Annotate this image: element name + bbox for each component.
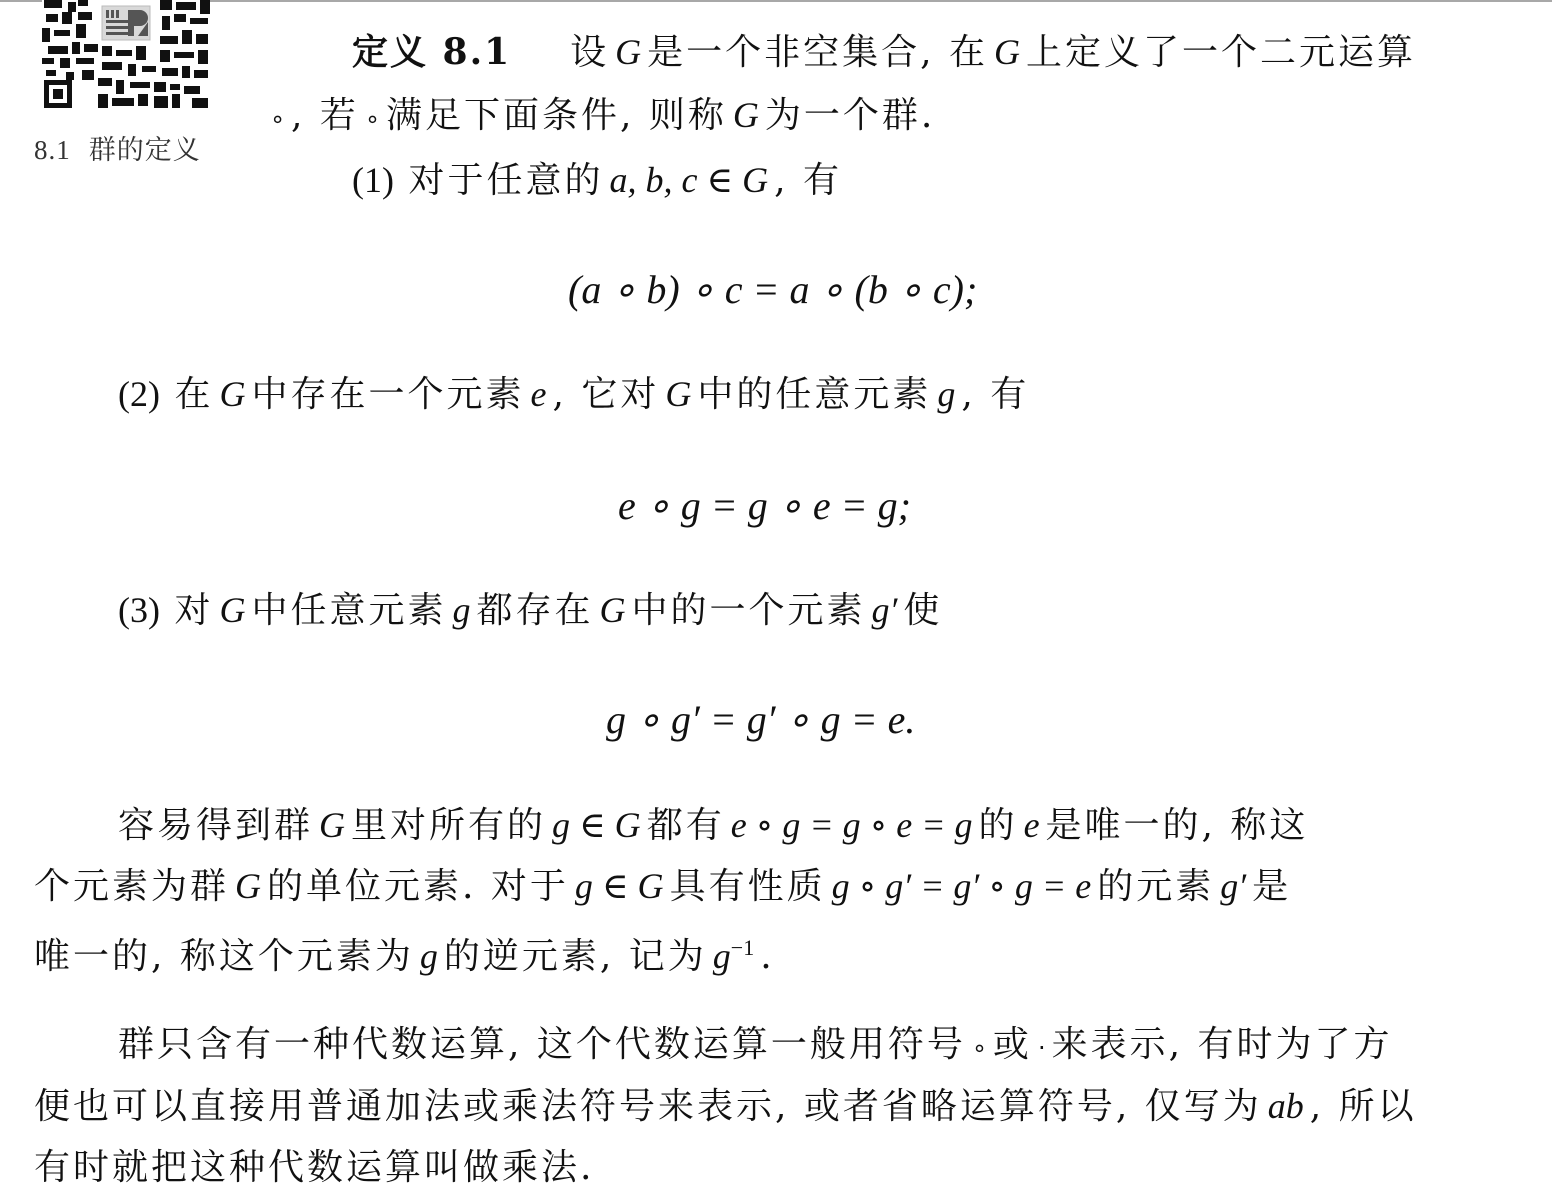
math-ab: ab — [1262, 1086, 1310, 1126]
math-g: g — [931, 374, 961, 414]
math-base: g — [713, 936, 731, 976]
text: 个元素为群 — [34, 866, 229, 907]
section-number: 8.1 — [34, 135, 71, 165]
math-G: G — [727, 95, 765, 135]
text: 的元素 — [1097, 866, 1214, 907]
text: 都有 — [647, 805, 725, 846]
paragraph-2-line-3: 有时就把这种代数运算叫做乘法. — [34, 1148, 594, 1188]
math-g-prime: g′ — [1214, 866, 1252, 906]
equation-associativity: (a ∘ b) ∘ c = a ∘ (b ∘ c); — [568, 268, 977, 312]
text: 是 — [1252, 866, 1291, 907]
page-top-rule — [0, 0, 1552, 2]
math-G: G — [609, 32, 647, 72]
text: 使 — [903, 590, 942, 631]
text: 或 — [993, 1024, 1032, 1065]
text: 都存在 — [476, 590, 593, 631]
paragraph-2-line-2: 便也可以直接用普通加法或乘法符号来表示, 或者省略运算符号, 仅写为ab, 所以 — [34, 1086, 1417, 1127]
text: 是一个非空集合, 在 — [647, 32, 988, 73]
math-g-in-G: g ∈ G — [546, 805, 647, 845]
math-exponent: −1 — [731, 935, 754, 960]
text: 中存在一个元素 — [251, 374, 524, 415]
text: 唯一的, 称这个元素为 — [34, 936, 414, 977]
text: 便也可以直接用普通加法或乘法符号来表示, 或者省略运算符号, 仅写为 — [34, 1086, 1262, 1127]
condition-label: (1) — [352, 160, 394, 200]
text: 在 — [174, 374, 213, 415]
text: 中任意元素 — [251, 590, 446, 631]
math-g-in-G: g ∈ G — [569, 866, 670, 906]
paragraph-1-line-3: 唯一的, 称这个元素为g的逆元素, 记为g−1. — [34, 928, 775, 977]
circ-operator: ∘ — [264, 105, 291, 133]
math-G: G — [313, 805, 351, 845]
text: 是唯一的, 称这 — [1046, 805, 1309, 846]
text: , 它对 — [552, 374, 659, 415]
math-vars: a, b, c ∈ G — [603, 160, 774, 200]
text: 上定义了一个二元运算 — [1026, 32, 1416, 73]
condition-label: (3) — [118, 590, 160, 630]
text: 中的任意元素 — [697, 374, 931, 415]
math-G: G — [659, 374, 697, 414]
text: 的逆元素, 记为 — [444, 936, 707, 977]
math-e: e — [1018, 805, 1046, 845]
definition-label: 定义 8.1 — [352, 31, 511, 73]
text: 对 — [174, 590, 213, 631]
text: 的 — [979, 805, 1018, 846]
section-title: 群的定义 — [89, 135, 201, 166]
math-G: G — [593, 590, 631, 630]
text: 满足下面条件, 则称 — [386, 95, 727, 136]
paragraph-1-line-2: 个元素为群G的单位元素. 对于g ∈ G具有性质g ∘ g′ = g′ ∘ g … — [34, 866, 1291, 907]
qr-code-icon — [42, 0, 210, 110]
text: , 所以 — [1310, 1086, 1417, 1127]
condition-1: (1) 对于任意的a, b, c ∈ G, 有 — [352, 160, 842, 201]
math-G: G — [213, 590, 251, 630]
math-g-inverse: g−1 — [707, 936, 760, 976]
paragraph-1-line-1: 容易得到群G里对所有的g ∈ G都有e ∘ g = g ∘ e = g的e是唯一… — [118, 805, 1308, 846]
math-e: e — [524, 374, 552, 414]
text: , 有 — [774, 160, 842, 201]
circ-operator: ∘ — [966, 1034, 993, 1062]
text: 对于任意的 — [408, 160, 603, 201]
section-margin-label: 8.1群的定义 — [34, 128, 201, 167]
math-g: g — [414, 936, 444, 976]
dot-operator: · — [1032, 1034, 1052, 1062]
equation-identity: e ∘ g = g ∘ e = g; — [618, 484, 911, 528]
text: 中的一个元素 — [631, 590, 865, 631]
math-identity-eq: e ∘ g = g ∘ e = g — [725, 805, 979, 845]
condition-2: (2) 在G中存在一个元素e, 它对G中的任意元素g, 有 — [118, 374, 1029, 415]
equation-inverse: g ∘ g′ = g′ ∘ g = e. — [606, 698, 915, 742]
text: . — [760, 936, 774, 977]
text: 容易得到群 — [118, 805, 313, 846]
math-g: g — [446, 590, 476, 630]
text: 里对所有的 — [351, 805, 546, 846]
math-G: G — [988, 32, 1026, 72]
text: 的单位元素. 对于 — [267, 866, 569, 907]
math-G: G — [229, 866, 267, 906]
circ-operator: ∘ — [359, 105, 386, 133]
definition-line-2: ∘, 若∘满足下面条件, 则称G为一个群. — [264, 95, 935, 139]
math-G: G — [213, 374, 251, 414]
math-inverse-eq: g ∘ g′ = g′ ∘ g = e — [826, 866, 1098, 906]
qr-code — [42, 0, 210, 110]
text: 为一个群. — [765, 95, 935, 136]
text: , 有 — [961, 374, 1029, 415]
text: 设 — [570, 32, 609, 73]
paragraph-2-line-1: 群只含有一种代数运算, 这个代数运算一般用符号∘或·来表示, 有时为了方 — [118, 1025, 1392, 1068]
math-g-prime: g′ — [866, 590, 904, 630]
text: 具有性质 — [670, 866, 826, 907]
text: 来表示, 有时为了方 — [1052, 1024, 1393, 1065]
condition-3: (3) 对G中任意元素g都存在G中的一个元素g′使 — [118, 590, 942, 631]
condition-label: (2) — [118, 374, 160, 414]
text: 群只含有一种代数运算, 这个代数运算一般用符号 — [118, 1024, 966, 1065]
definition-line-1: 定义 8.1 设G是一个非空集合, 在G上定义了一个二元运算 — [352, 32, 1416, 73]
text: , 若 — [291, 95, 359, 136]
